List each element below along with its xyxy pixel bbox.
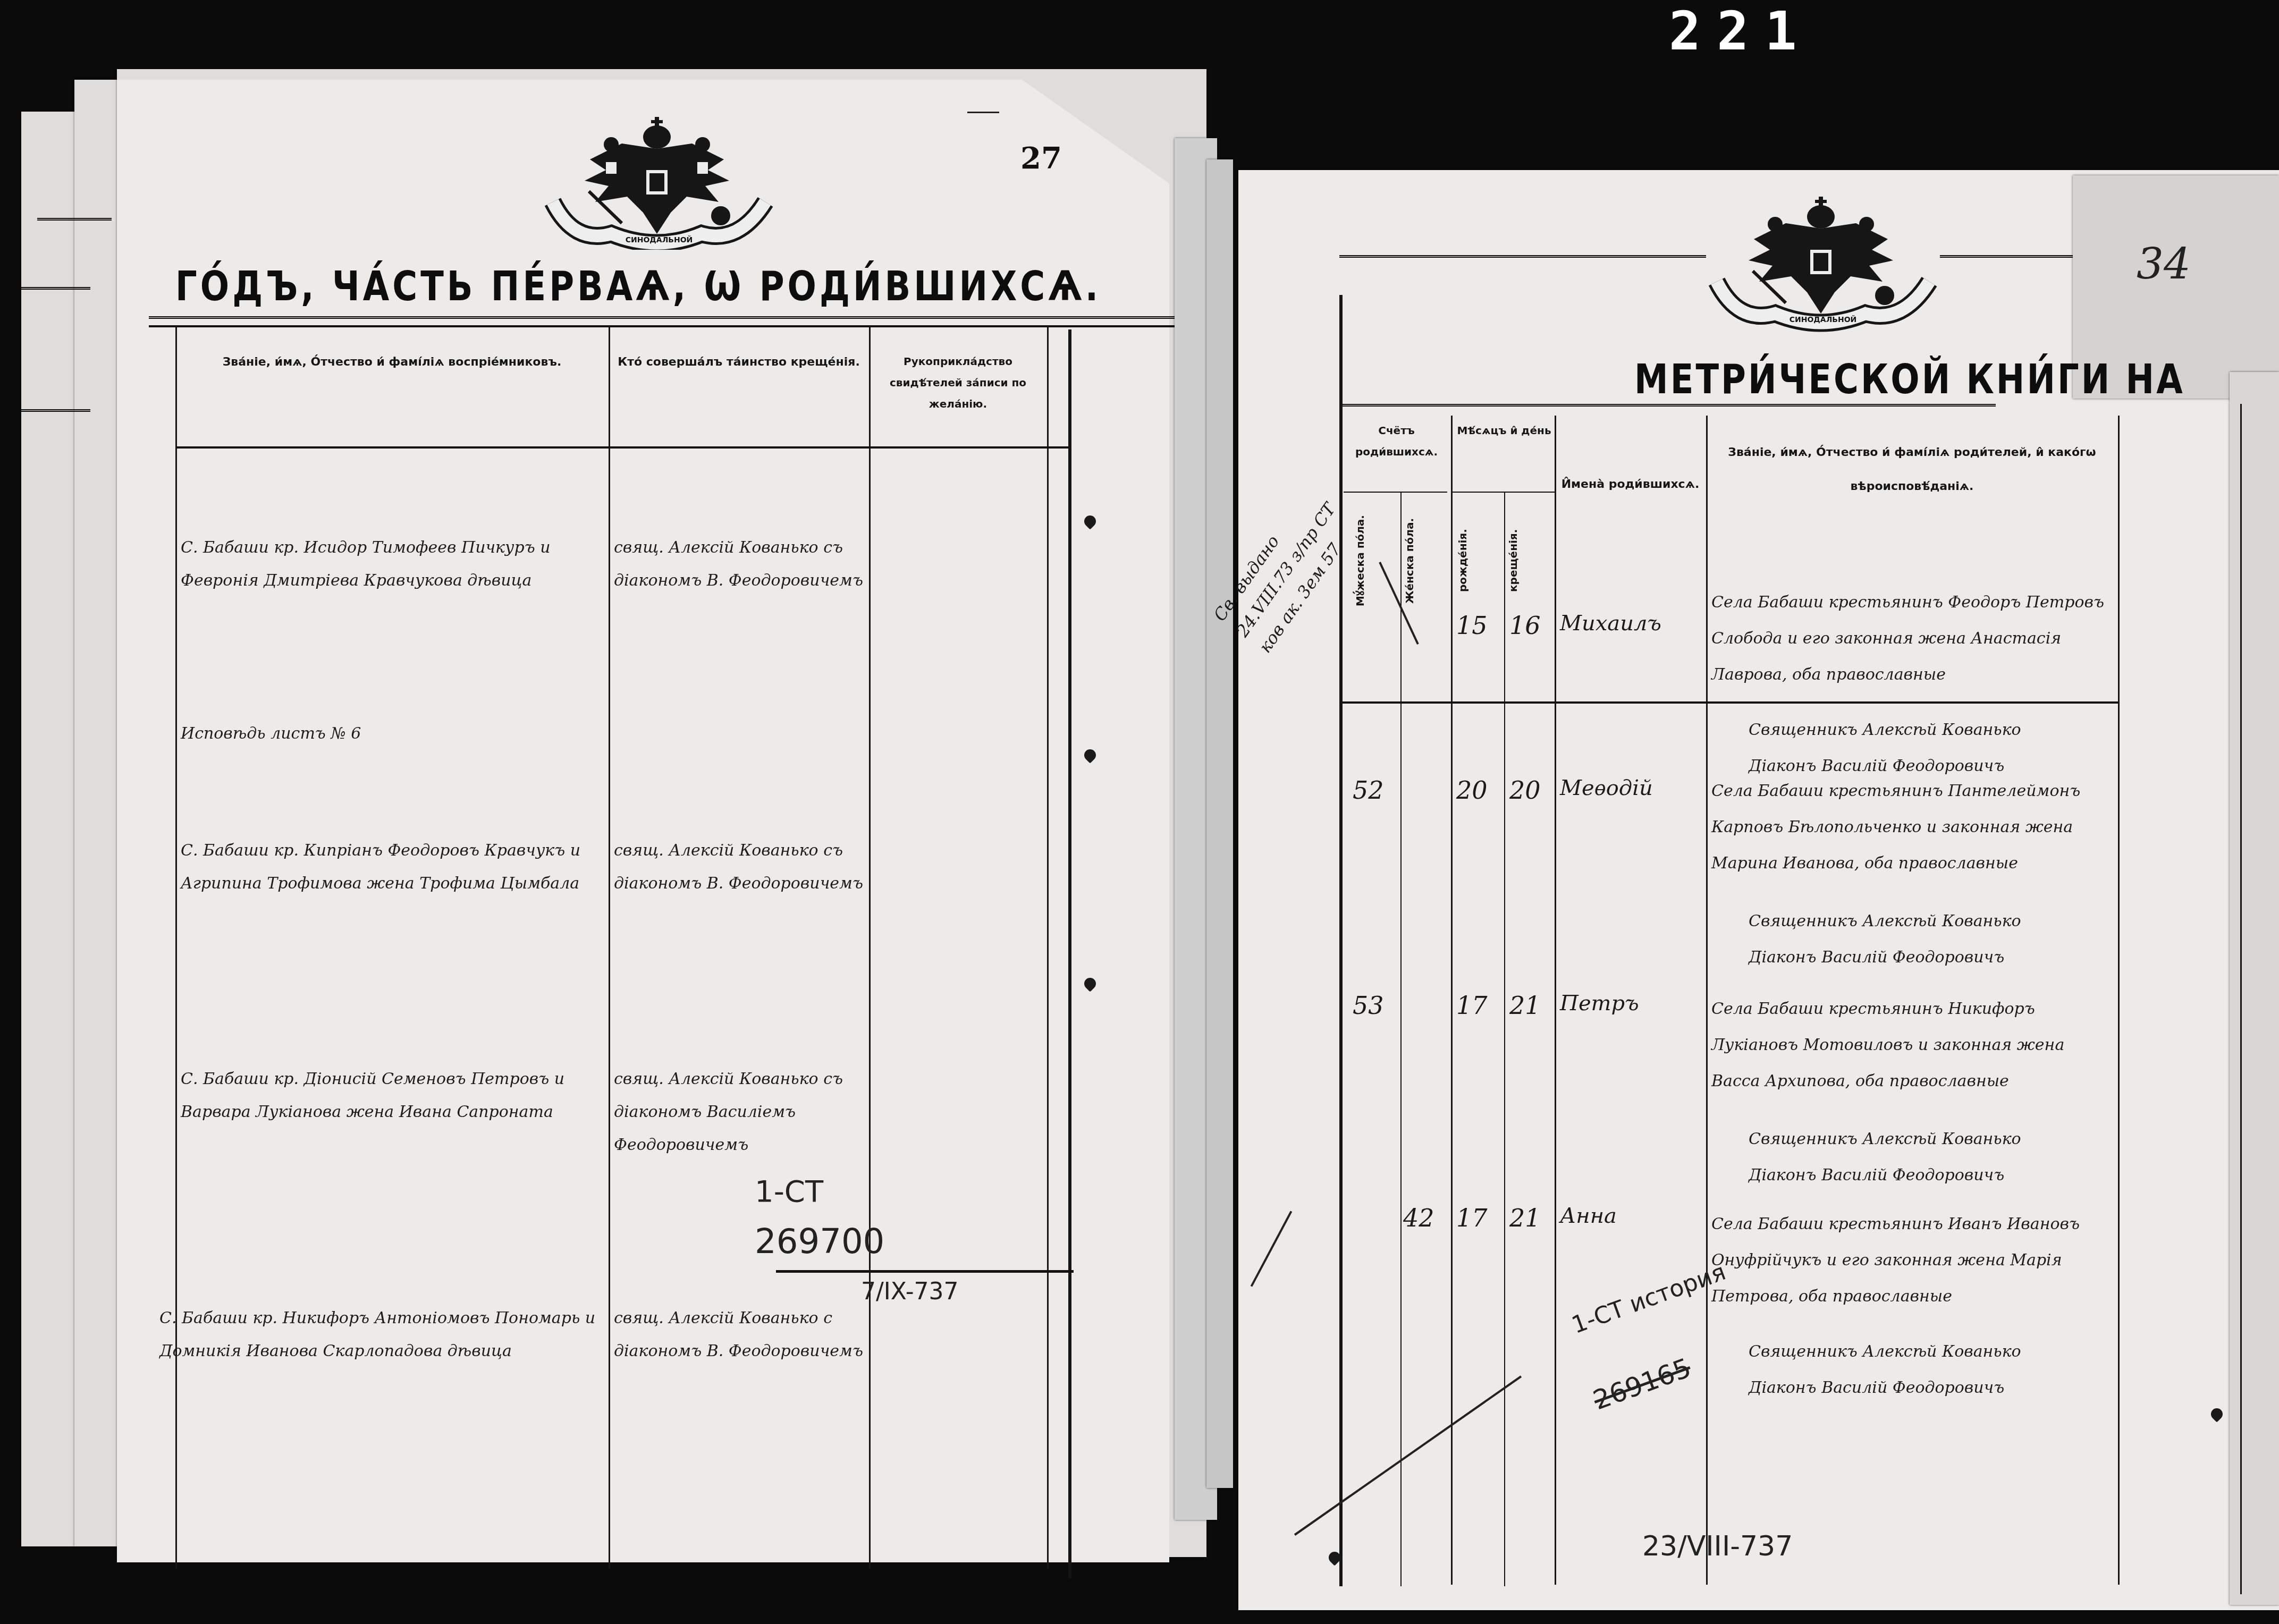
entry-officiant: свящ. Алексій Кованько съ діакономъ В. Ф… xyxy=(614,531,864,597)
entry-godparents: С. Бабаши кр. Діонисій Семеновъ Петровъ … xyxy=(181,1063,606,1129)
double-headed-eagle-icon: СИНОДАЛЬНОЙ xyxy=(1706,191,1940,335)
column-divider xyxy=(1400,492,1402,1586)
pencil-dash xyxy=(967,112,999,113)
page-title: МЕТРИ́ЧЕСКОЙ КНИ́ГИ НА xyxy=(1634,356,2185,403)
archive-date: 23/VIII-737 xyxy=(1642,1530,1793,1562)
clergy-signatures: Священникъ Алексѣй Кованько Діаконъ Васи… xyxy=(1749,903,2115,976)
binding-hole xyxy=(1082,975,1098,992)
under-sheet-edge xyxy=(2230,372,2279,1605)
archive-number: 269700 xyxy=(755,1222,884,1262)
archive-note: 1-СТ история xyxy=(1568,1257,1730,1341)
column-header-witness-signatures: Рукоприкла́дство свидѣ́телей за́писи по … xyxy=(872,351,1044,415)
entry-godparents: С. Бабаши кр. Кипріанъ Феодоровъ Кравчук… xyxy=(181,834,606,900)
double-headed-eagle-icon: СИНОДАЛЬНОЙ xyxy=(542,112,776,250)
column-divider xyxy=(2118,416,2120,1585)
child-name: Меѳодій xyxy=(1560,776,1653,800)
baptism-day: 16 xyxy=(1509,611,1541,640)
column-divider xyxy=(1451,416,1453,1585)
archive-frame-number: 221 xyxy=(1669,0,1813,62)
column-divider xyxy=(175,325,177,1569)
subheader-rule xyxy=(1344,492,1447,493)
male-number: 53 xyxy=(1353,991,1384,1020)
column-divider xyxy=(609,325,610,1569)
under-sheet-border xyxy=(2240,404,2242,1594)
left-page-content: 27 СИНОДАЛЬНОЙ ГО́ДЪ, ЧА́СТЬ ПЕ́РВАѦ, Ѡ … xyxy=(117,80,1180,1568)
baptism-day: 21 xyxy=(1509,991,1541,1020)
clergy-signatures: Священникъ Алексѣй Кованько Діаконъ Васи… xyxy=(1749,1334,2115,1406)
page-title: ГО́ДЪ, ЧА́СТЬ ПЕ́РВАѦ, Ѡ РОДИ́ВШИХСѦ. xyxy=(175,263,1101,310)
male-number: 52 xyxy=(1353,776,1384,805)
clergy-signatures: Священникъ Алексѣй Кованько Діаконъ Васи… xyxy=(1749,1121,2115,1194)
entry-officiant: свящ. Алексій Кованько съ діакономъ В. Ф… xyxy=(614,834,864,900)
column-divider xyxy=(869,325,871,1569)
column-divider xyxy=(1504,492,1505,1586)
table-top-rule xyxy=(149,316,1175,322)
header-bottom-rule xyxy=(1342,701,2118,704)
baptism-day: 21 xyxy=(1509,1204,1541,1232)
column-header-officiant: Кто́ соверша́лъ та́инство креще́нія. xyxy=(611,345,866,379)
child-name: Михаилъ xyxy=(1560,611,1661,636)
archive-date: 7/IX-737 xyxy=(861,1278,959,1305)
column-header-baptism: креще́нія. xyxy=(1507,497,1549,624)
parents-text: Села Бабаши крестьянинъ Пантелеймонъ Кар… xyxy=(1711,773,2115,882)
entry-confession-note: Исповѣдь листъ № 6 xyxy=(181,717,606,750)
table-top-rule xyxy=(149,325,1175,327)
header-bottom-rule xyxy=(175,446,1068,449)
column-header-names: И̂мена̀ роди́вшихсѧ. xyxy=(1557,468,1703,502)
entry-godparents: С. Бабаши кр. Исидор Тимофеев Пичкуръ и … xyxy=(181,531,606,597)
page-border-left xyxy=(1339,295,1343,1586)
subheader-rule xyxy=(1453,492,1555,493)
child-name: Петръ xyxy=(1560,991,1639,1016)
table-top-rule xyxy=(1342,404,1996,410)
diagonal-stroke xyxy=(1294,1375,1522,1536)
birth-day: 17 xyxy=(1456,991,1488,1020)
underline xyxy=(776,1270,1074,1273)
binding-hole xyxy=(2208,1406,2225,1422)
check-mark xyxy=(1251,1211,1293,1287)
binding-hole xyxy=(1082,513,1098,529)
column-header-parents: Зва́ніе, и́мѧ, О́тчество и́ фамі́ліѧ род… xyxy=(1709,436,2115,504)
baptism-day: 20 xyxy=(1509,776,1541,805)
right-page-content: 34 СИНОДАЛЬНОЙ МЕТРИ́ЧЕСКОЙ КНИ́ГИ НА xyxy=(1238,170,2279,1610)
column-header-date-group: Мѣ́сѧцъ и̂ де́нь xyxy=(1454,420,1555,441)
archive-note: 1-СТ xyxy=(755,1174,823,1209)
page-number: 27 xyxy=(1020,141,1062,176)
birth-day: 15 xyxy=(1456,611,1488,640)
child-name: Анна xyxy=(1560,1204,1617,1228)
torn-page-edge xyxy=(1206,159,1233,1488)
column-divider xyxy=(1047,325,1049,1569)
entry-officiant: свящ. Алексій Кованько с діакономъ В. Фе… xyxy=(614,1302,864,1368)
back-sheet-rule xyxy=(21,409,90,415)
birth-day: 20 xyxy=(1456,776,1488,805)
column-header-female: Же́нска по́ла. xyxy=(1403,497,1446,624)
back-sheet-rule xyxy=(21,287,90,293)
parents-text: Села Бабаши крестьянинъ Никифоръ Лукіано… xyxy=(1711,991,2115,1099)
female-number: 42 xyxy=(1403,1204,1434,1232)
column-header-male: Мꙋ́жеска по́ла. xyxy=(1353,497,1395,624)
parents-text: Села Бабаши крестьянинъ Иванъ Ивановъ Он… xyxy=(1711,1206,2115,1315)
emblem-ribbon-text: СИНОДАЛЬНОЙ xyxy=(626,235,693,244)
column-header-birth: рожде́нія. xyxy=(1456,497,1499,624)
birth-day: 17 xyxy=(1456,1204,1488,1232)
parents-text: Села Бабаши крестьянинъ Феодоръ Петровъ … xyxy=(1711,585,2115,693)
column-divider xyxy=(1555,416,1556,1585)
svg-text:СИНОДАЛЬНОЙ: СИНОДАЛЬНОЙ xyxy=(1790,315,1857,324)
folio-number: 34 xyxy=(2137,239,2191,289)
column-header-count-group: Счётъ роди́вшихсѧ. xyxy=(1342,420,1451,462)
archive-number: 269165 xyxy=(1589,1352,1695,1416)
binding-hole xyxy=(1082,747,1098,763)
column-divider xyxy=(1706,416,1708,1585)
column-header-godparents: Зва́ніе, и́мѧ, О́тчество и́ фамі́ліѧ вос… xyxy=(178,345,606,379)
entry-officiant: свящ. Алексій Кованько съ діакономъ Васи… xyxy=(614,1063,864,1162)
page-border-right xyxy=(1068,329,1071,1578)
back-sheet-rule xyxy=(37,218,112,224)
entry-godparents: С. Бабаши кр. Никифоръ Антоніомовъ Поном… xyxy=(159,1302,638,1368)
